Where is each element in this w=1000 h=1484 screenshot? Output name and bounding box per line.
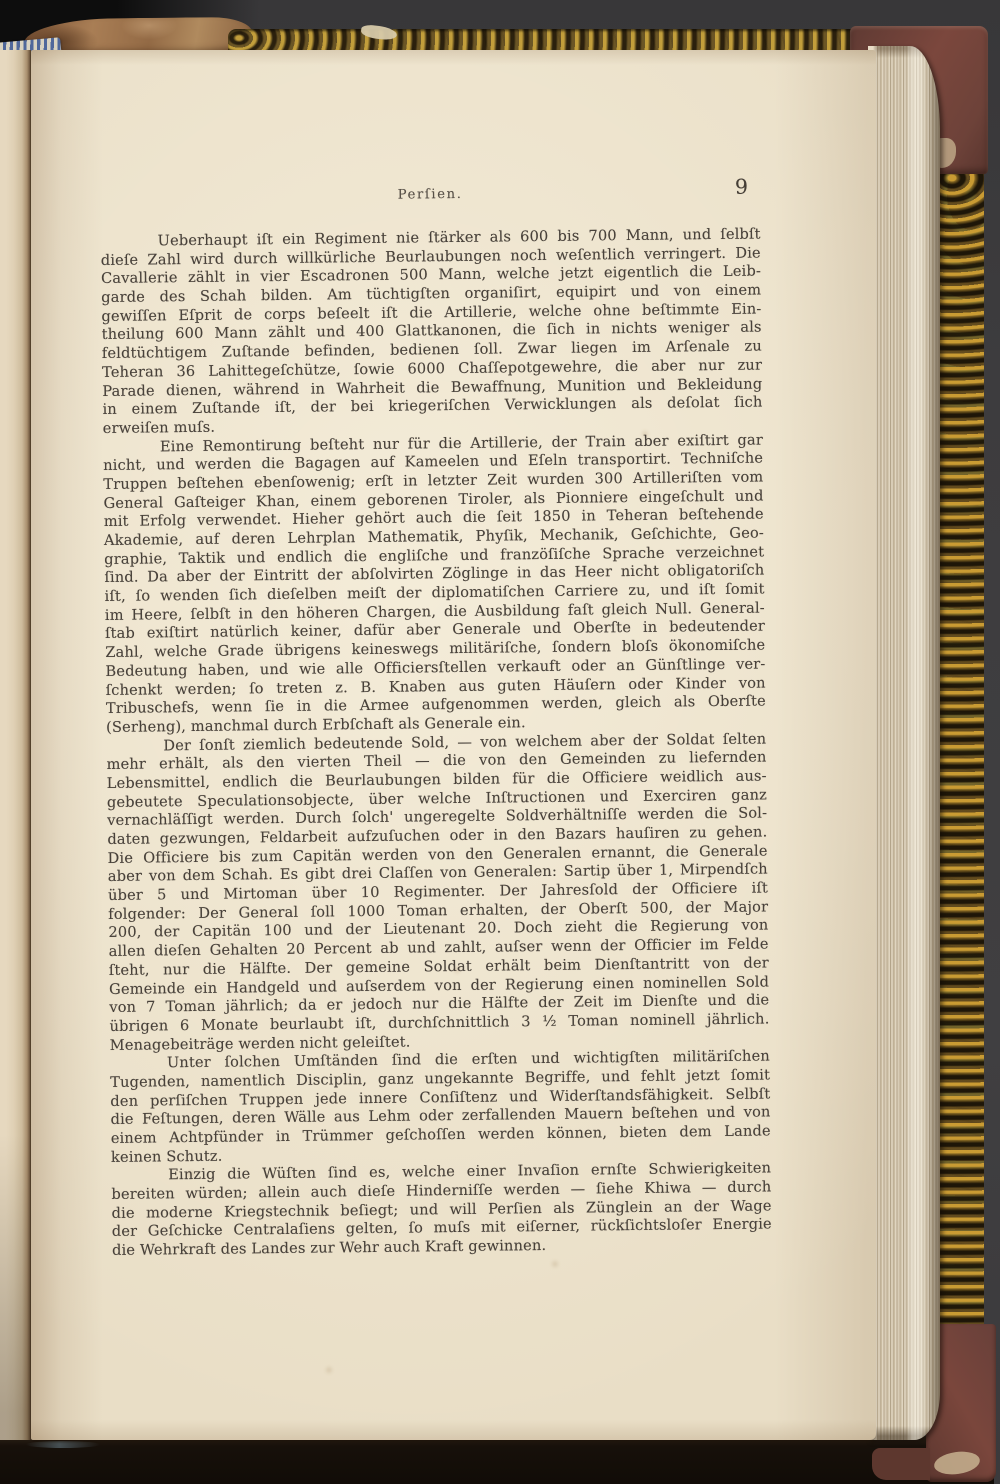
page-stack-fore-edge [868, 46, 940, 1440]
text-block: Ueberhaupt iſt ein Regiment nie ſtärker … [101, 226, 773, 1261]
page-number: 9 [735, 175, 748, 199]
book-page: Perſien. 9 Ueberhaupt iſt ein Regiment n… [31, 50, 876, 1440]
facing-page-sliver [0, 50, 31, 1440]
book-scan: Perſien. 9 Ueberhaupt iſt ein Regiment n… [0, 0, 1000, 1484]
paper-foxing-specks [31, 50, 35, 54]
page-content: Perſien. 9 Ueberhaupt iſt ein Regiment n… [100, 181, 772, 1261]
marbled-cover-right-edge [938, 168, 984, 1330]
bottom-edge-glint [26, 1441, 100, 1448]
header-title: Perſien. [100, 184, 760, 206]
book-bottom-edge [0, 1436, 994, 1484]
running-header: Perſien. 9 [100, 181, 760, 233]
worn-leather-chip [933, 1449, 982, 1477]
